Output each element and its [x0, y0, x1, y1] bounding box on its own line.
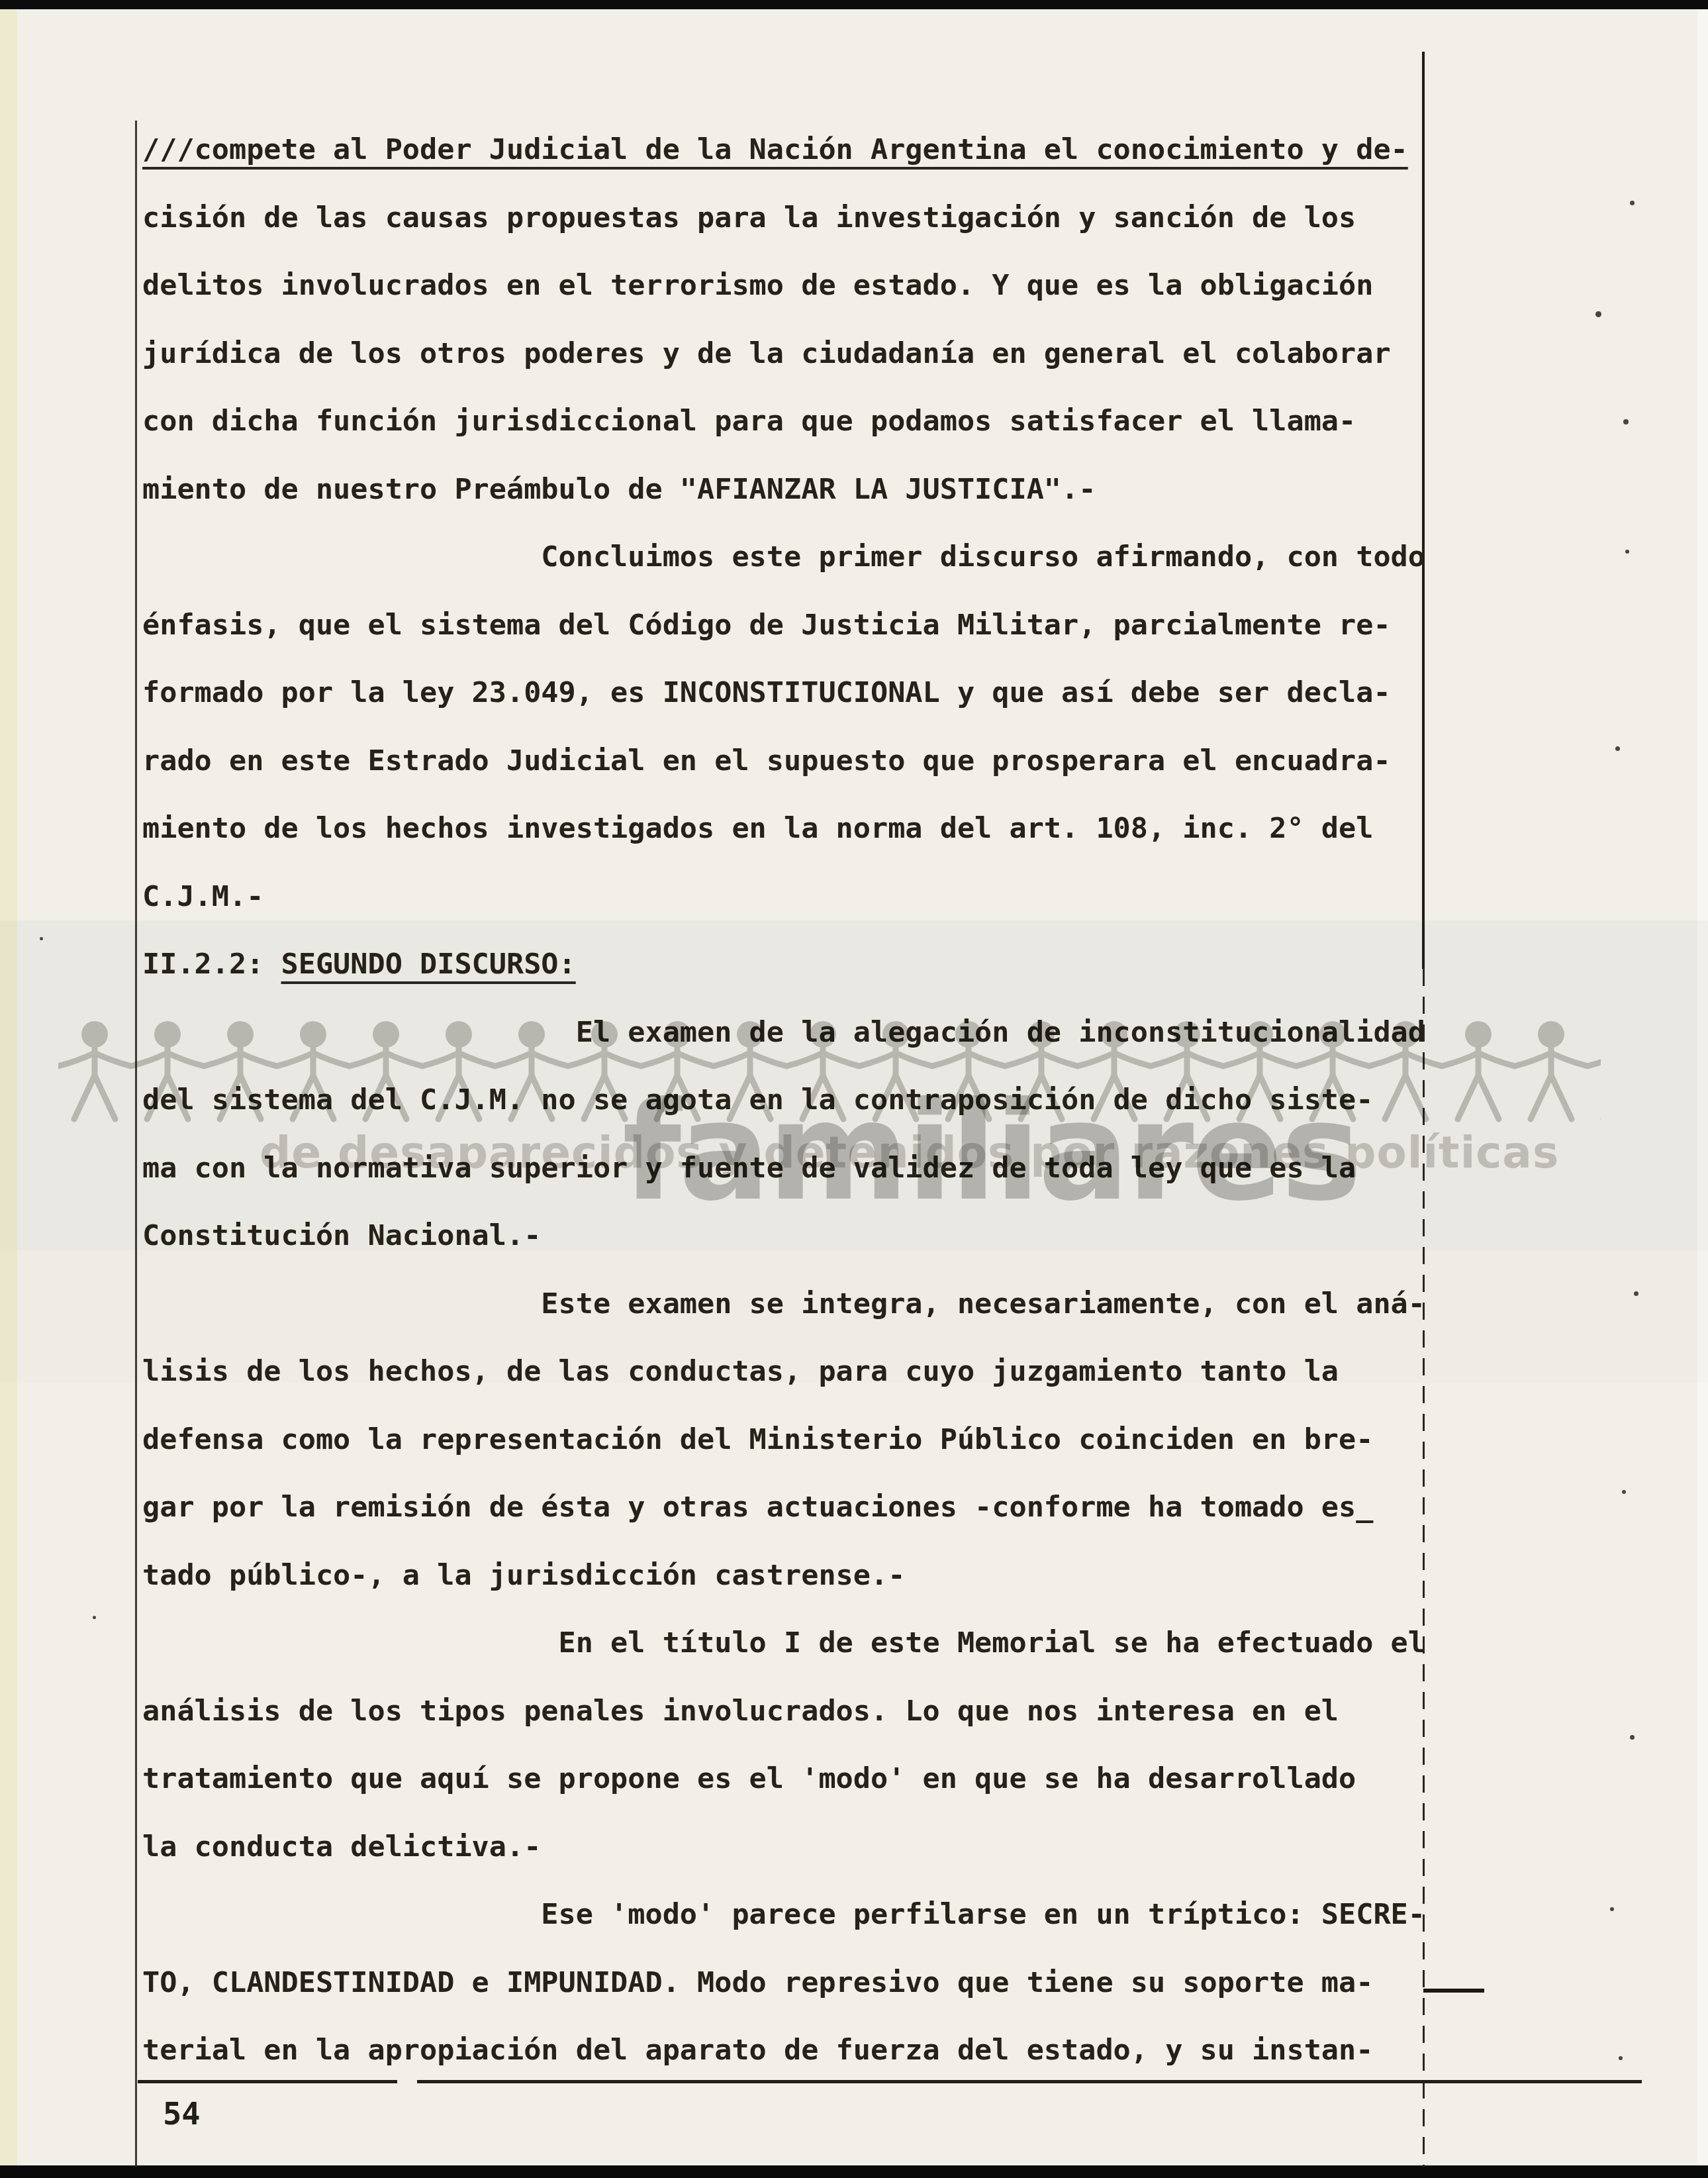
typed-text: defensa como la representación del Minis…	[142, 1423, 1373, 1456]
typed-text: tado público-, a la jurisdicción castren…	[142, 1559, 905, 1592]
typed-line: Constitución Nacional.-	[142, 1222, 541, 1251]
typed-text: con dicha función jurisdiccional para qu…	[142, 405, 1356, 438]
typed-text: análisis de los tipos penales involucrad…	[142, 1695, 1339, 1728]
typed-text: TO, CLANDESTINIDAD e IMPUNIDAD. Modo rep…	[142, 1966, 1373, 1999]
scan-speck	[40, 937, 43, 940]
typed-line: tratamiento que aquí se propone es el 'm…	[142, 1765, 1356, 1794]
scan-speck	[1615, 746, 1620, 751]
scan-speck	[1610, 1907, 1614, 1911]
typed-line: terial en la apropiación del aparato de …	[142, 2036, 1373, 2065]
typed-line: delitos involucrados en el terrorismo de…	[142, 272, 1373, 301]
typed-line: ///compete al Poder Judicial de la Nació…	[142, 136, 1408, 165]
typed-line: defensa como la representación del Minis…	[142, 1426, 1373, 1455]
watermark-tagline: de desaparecidos y detenidos por razones…	[260, 1131, 1559, 1175]
typed-text: C.J.M.-	[142, 880, 263, 913]
underlined-text: SEGUNDO DISCURSO:	[281, 948, 576, 981]
typed-line: Concluimos este primer discurso afirmand…	[142, 543, 1425, 572]
typed-text: miento de nuestro Preámbulo de "AFIANZAR…	[142, 473, 1096, 506]
typed-line: miento de los hechos investigados en la …	[142, 815, 1373, 844]
typed-line: jurídica de los otros poderes y de la ci…	[142, 340, 1391, 369]
scanned-document-page: ///compete al Poder Judicial de la Nació…	[0, 0, 1708, 2178]
typed-text: Concluimos este primer discurso afirmand…	[142, 540, 1425, 573]
typed-text: delitos involucrados en el terrorismo de…	[142, 269, 1373, 302]
scan-speck	[1619, 2056, 1623, 2060]
typed-text: terial en la apropiación del aparato de …	[142, 2034, 1373, 2067]
typed-line: Ese 'modo' parece perfilarse en un trípt…	[142, 1901, 1425, 1930]
typed-text: Este examen se integra, necesariamente, …	[142, 1287, 1425, 1320]
scan-speck	[1630, 201, 1635, 205]
typed-line: con dicha función jurisdiccional para qu…	[142, 407, 1356, 436]
typed-text: miento de los hechos investigados en la …	[142, 812, 1373, 845]
typed-text: formado por la ley 23.049, es INCONSTITU…	[142, 676, 1391, 709]
underlined-text: ///compete al Poder Judicial de la Nació…	[142, 133, 1408, 166]
typed-line: miento de nuestro Preámbulo de "AFIANZAR…	[142, 475, 1096, 505]
scan-speck	[1595, 311, 1601, 317]
typed-text: gar por la remisión de ésta y otras actu…	[142, 1491, 1373, 1524]
typed-line: tado público-, a la jurisdicción castren…	[142, 1561, 905, 1591]
scan-speck	[93, 1616, 96, 1619]
typed-text: rado en este Estrado Judicial en el supu…	[142, 744, 1391, 777]
page-number: 54	[163, 2096, 201, 2132]
typed-text: énfasis, que el sistema del Código de Ju…	[142, 609, 1391, 642]
typed-line: TO, CLANDESTINIDAD e IMPUNIDAD. Modo rep…	[142, 1969, 1373, 1998]
typed-text: En el título I de este Memorial se ha ef…	[142, 1626, 1425, 1659]
typed-text: lisis de los hechos, de las conductas, p…	[142, 1355, 1339, 1388]
typed-text: Constitución Nacional.-	[142, 1219, 541, 1252]
typed-line: rado en este Estrado Judicial en el supu…	[142, 747, 1391, 776]
typed-line: Este examen se integra, necesariamente, …	[142, 1290, 1425, 1319]
scan-speck	[1623, 419, 1629, 424]
typed-text: jurídica de los otros poderes y de la ci…	[142, 337, 1391, 370]
typed-text: cisión de las causas propuestas para la …	[142, 201, 1356, 234]
typed-line: gar por la remisión de ésta y otras actu…	[142, 1493, 1373, 1522]
typed-text: la conducta delictiva.-	[142, 1830, 541, 1863]
typed-line: la conducta delictiva.-	[142, 1833, 541, 1862]
typed-line: énfasis, que el sistema del Código de Ju…	[142, 611, 1391, 640]
typed-line: En el título I de este Memorial se ha ef…	[142, 1629, 1425, 1658]
section-heading: II.2.2: SEGUNDO DISCURSO:	[142, 950, 576, 979]
scan-speck	[1634, 1291, 1638, 1296]
scan-speck	[1625, 550, 1629, 554]
typed-line: cisión de las causas propuestas para la …	[142, 204, 1356, 233]
typed-line: formado por la ley 23.049, es INCONSTITU…	[142, 679, 1391, 708]
typed-text: Ese 'modo' parece perfilarse en un trípt…	[142, 1898, 1425, 1931]
scan-speck	[1630, 1735, 1635, 1740]
typed-line: lisis de los hechos, de las conductas, p…	[142, 1358, 1339, 1387]
typed-text: II.2.2:	[142, 948, 281, 981]
typed-line: C.J.M.-	[142, 883, 263, 912]
scan-speck	[1622, 1490, 1626, 1494]
typed-text: tratamiento que aquí se propone es el 'm…	[142, 1762, 1356, 1795]
typed-line: análisis de los tipos penales involucrad…	[142, 1697, 1339, 1726]
